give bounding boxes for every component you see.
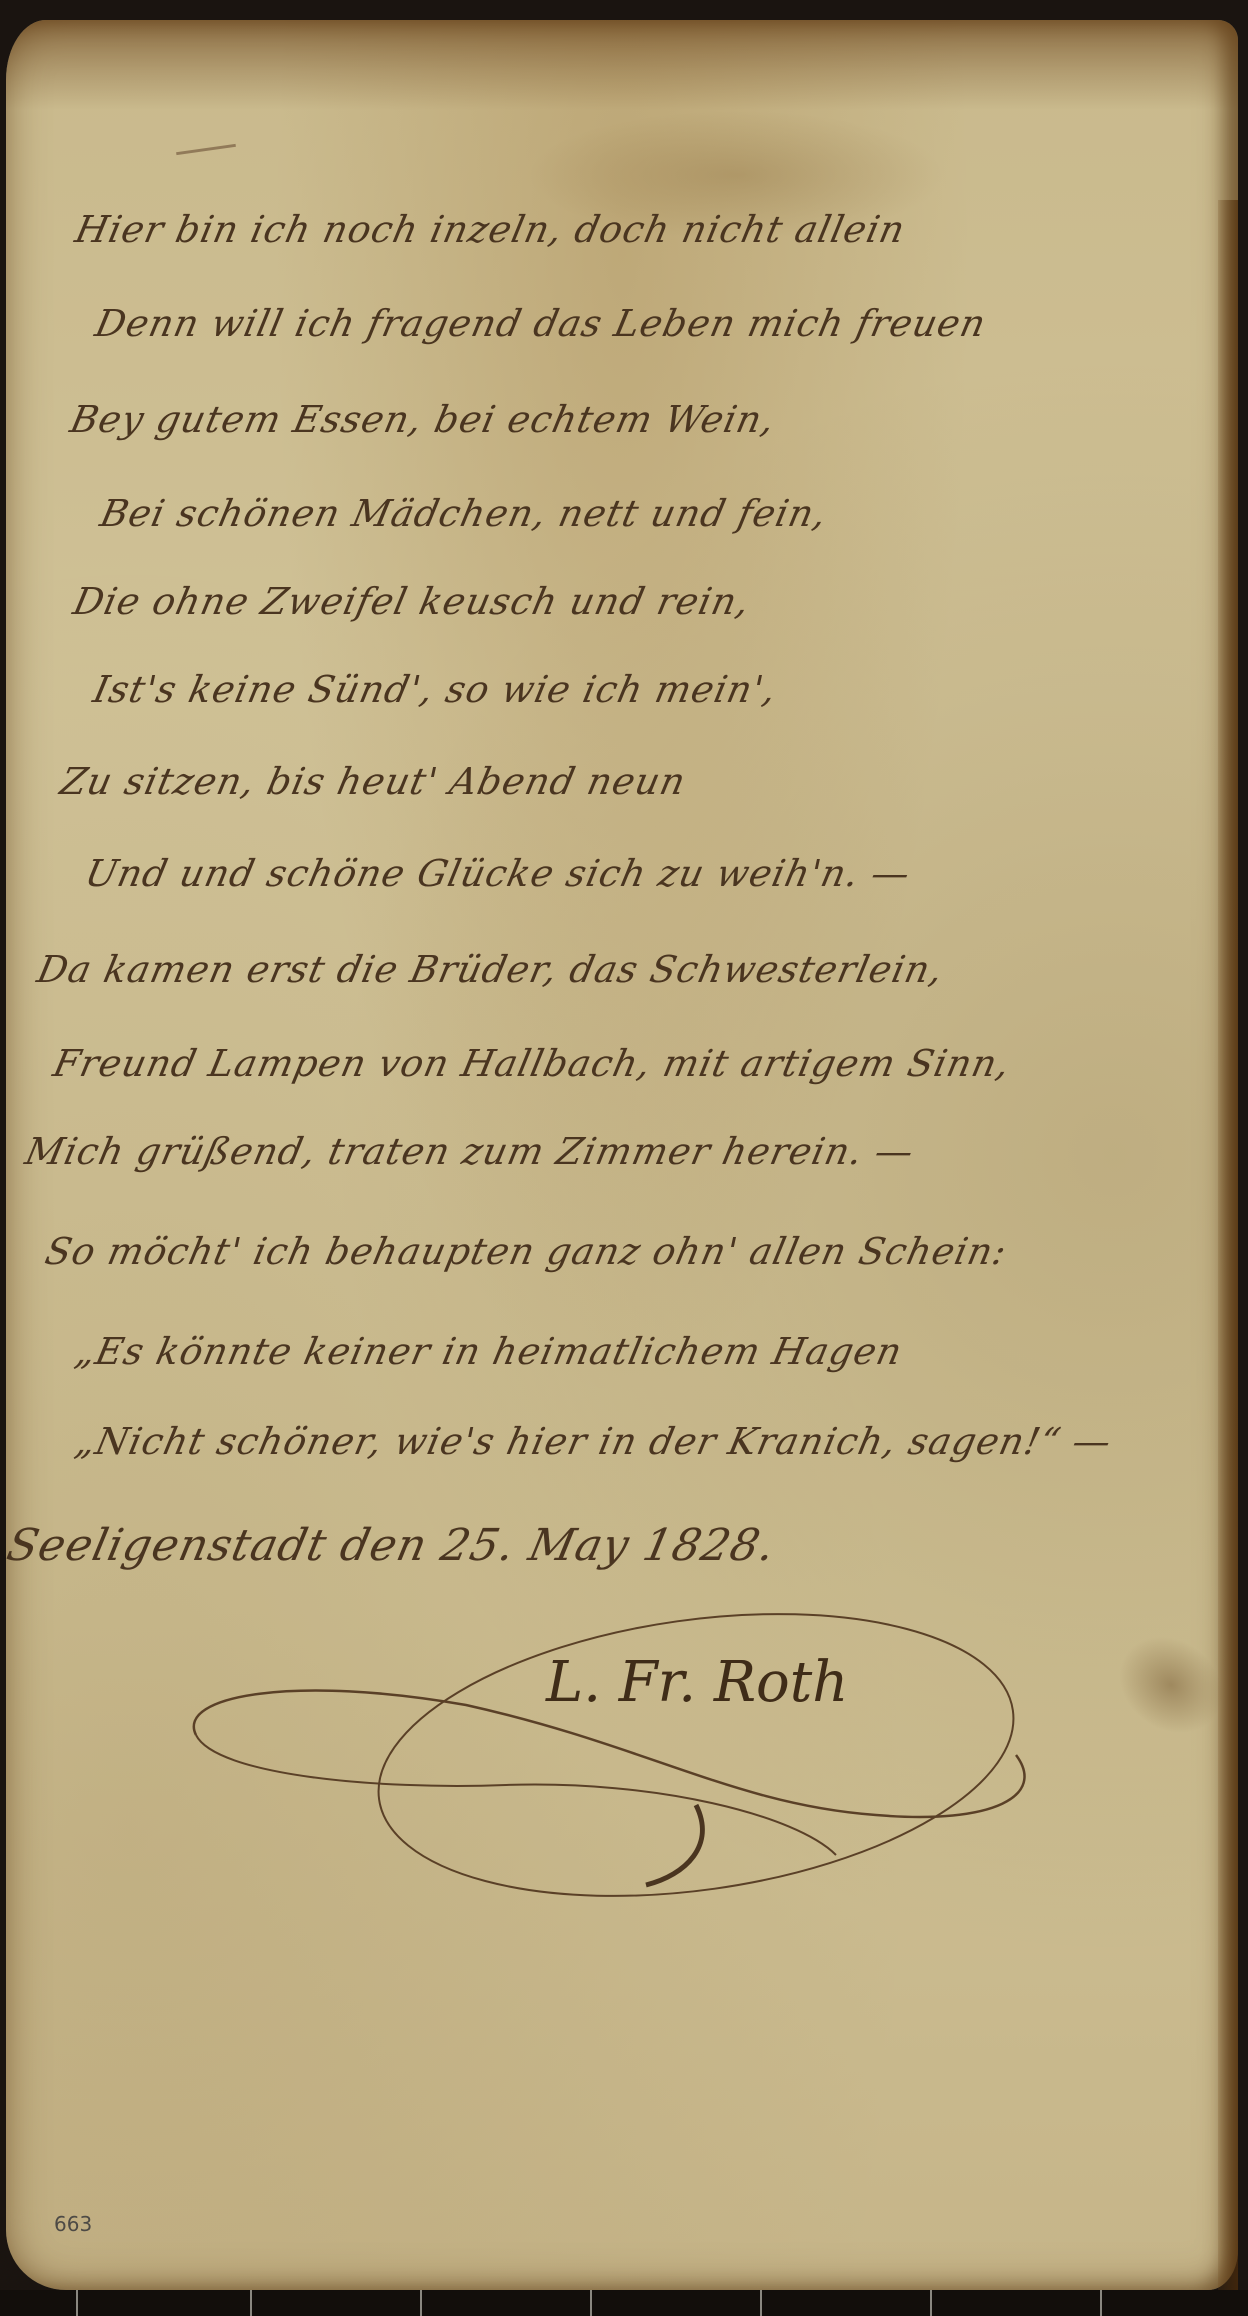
place-date-line: Seeligenstadt den 25. May 1828. [3, 1520, 781, 1571]
poem-line-11: Mich grüßend, traten zum Zimmer herein. … [21, 1130, 918, 1173]
ruler-tick [76, 2290, 78, 2316]
poem-line-9: Da kamen erst die Brüder, das Schwesterl… [33, 948, 947, 991]
poem-line-12: So möcht' ich behaupten ganz ohn' allen … [41, 1230, 1011, 1273]
manuscript-page: Hier bin ich noch inzeln, doch nicht all… [6, 20, 1238, 2290]
poem-line-8: Und und schöne Glücke sich zu weih'n. — [81, 852, 914, 895]
poem-line-4: Bei schönen Mädchen, nett und fein, [96, 492, 831, 535]
ruler-tick [760, 2290, 762, 2316]
ruler-tick [590, 2290, 592, 2316]
poem-line-6: Ist's keine Sünd', so wie ich mein', [89, 668, 780, 711]
poem-line-5: Die ohne Zweifel keusch und rein, [69, 580, 754, 623]
book-spine-edge [1218, 200, 1238, 2290]
poem-line-2: Denn will ich fragend das Leben mich fre… [91, 302, 990, 345]
ruler-tick [420, 2290, 422, 2316]
poem-line-10: Freund Lampen von Hallbach, mit artigem … [49, 1042, 1014, 1085]
poem-line-13: „Es könnte keiner in heimatlichem Hagen [71, 1330, 906, 1373]
signature: L. Fr. Roth [546, 1650, 848, 1715]
page-top-edge [6, 20, 1238, 110]
poem-line-1: Hier bin ich noch inzeln, doch nicht all… [71, 208, 909, 251]
header-mark [176, 144, 236, 155]
scale-ruler [0, 2290, 1248, 2316]
ruler-tick [250, 2290, 252, 2316]
ruler-tick [1100, 2290, 1102, 2316]
poem-line-14: „Nicht schöner, wie's hier in der Kranic… [71, 1420, 1115, 1463]
poem-line-3: Bey gutem Essen, bei echtem Wein, [66, 398, 779, 441]
ruler-tick [930, 2290, 932, 2316]
poem-line-7: Zu sitzen, bis heut' Abend neun [56, 760, 689, 803]
archive-number: 663 [54, 2212, 92, 2236]
